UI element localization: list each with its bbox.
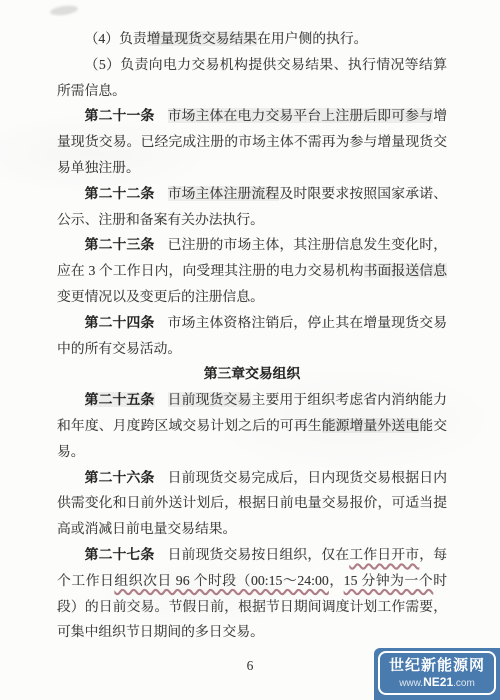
chapter-heading: 第三章交易组织 [57,361,447,387]
paragraph: （4）负责增量现货交易结果在用户侧的执行。 [57,26,447,52]
text-segment: 第三章交易组织 [204,366,301,381]
text-segment: 书面报送信息 [364,263,447,278]
watermark-url: www.NE21.com [399,676,475,690]
text-segment: 市场主体注册流程 [168,186,280,201]
watermark-url-tld: .com [453,678,475,689]
annotated-text: 组织次日 96 个时段（00:15～24:00 [114,573,328,588]
document-body: （4）负责增量现货交易结果在用户侧的执行。（5）负责向电力交易机构提供交易结果、… [57,26,447,645]
paragraph: 第二十三条已注册的市场主体，其注册信息发生变化时，应在 3 个工作日内，向受理其… [57,232,447,309]
article-number: 第二十一条 [85,108,155,123]
paragraph: 第二十七条日前现货交易按日组织，仅在工作日开市，每个工作日组织次日 96 个时段… [57,542,447,645]
scan-artifact [50,4,79,17]
annotated-text: 15 分钟为一个 [344,573,434,588]
article-number: 第二十六条 [85,470,155,485]
text-segment: 在用户侧的执行。 [257,31,367,46]
article-number: 第二十三条 [85,237,155,252]
article-number: 第二十四条 [85,315,155,330]
text-segment: （5）负责向电力交易机构提供交易结果、执行情况等结算所需信息。 [57,57,447,98]
paragraph: （5）负责向电力交易机构提供交易结果、执行情况等结算所需信息。 [57,52,447,104]
annotated-text: 工作日开市 [349,547,419,562]
watermark-badge: 世纪新能源网 www.NE21.com [374,648,500,700]
text-segment: ， [329,573,344,588]
text-segment: 变更情况以及变更后的注册信息。 [57,289,264,304]
text-segment: 能源增量外送电 [322,418,420,433]
text-segment: 日前现货交易 [168,392,252,407]
paragraph: 第二十一条市场主体在电力交易平台上注册后即可参与增量现货交易。已经完成注册的市场… [57,103,447,180]
article-number: 第二十七条 [85,547,155,562]
paragraph: 第二十四条市场主体资格注销后，停止其在增量现货交易中的所有交易活动。 [57,310,447,362]
paragraph: 第二十六条日前现货交易完成后，日内现货交易根据日内供需变化和日前外送计划后，根据… [57,465,447,542]
text-segment: （4）负责 [85,31,147,46]
watermark-url-www: www. [399,678,423,689]
article-number: 第二十二条 [85,186,155,201]
scanned-page: （4）负责增量现货交易结果在用户侧的执行。（5）负责向电力交易机构提供交易结果、… [0,0,500,700]
text-segment: 日前现货交易按日组织，仅在 [168,547,350,562]
article-number: 第二十五条 [85,392,155,407]
watermark-url-domain: NE21 [423,675,453,689]
watermark-frame: 世纪新能源网 www.NE21.com [378,651,496,695]
paragraph: 第二十五条日前现货交易主要用于组织考虑省内消纳能力和年度、月度跨区域交易计划之后… [57,387,447,464]
text-segment: 市场主体在电力交易平台上注册后即可参与 [168,108,434,123]
watermark-site-name: 世纪新能源网 [389,657,485,675]
text-segment: 增量现货交易结果 [147,31,257,46]
paragraph: 第二十二条市场主体注册流程及时限要求按照国家承诺、公示、注册和备案有关办法执行。 [57,181,447,233]
